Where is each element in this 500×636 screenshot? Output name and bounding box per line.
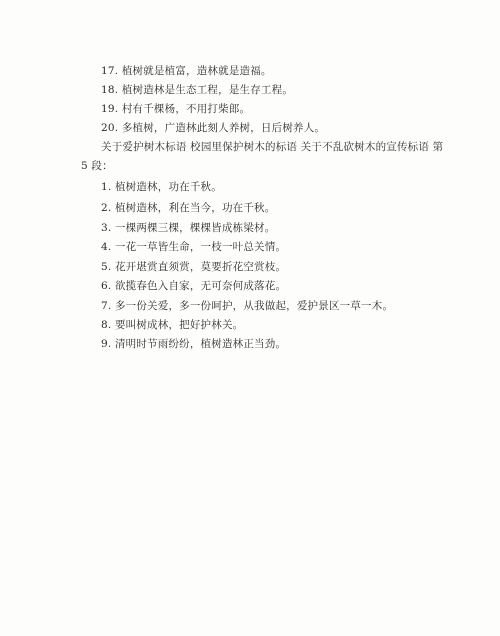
slogan-17: 17. 植树就是植富，造林就是造福。 <box>101 64 272 78</box>
slogan-19: 19. 村有千棵杨，不用打柴郎。 <box>101 102 250 116</box>
slogan-9: 9. 清明时节雨纷纷，植树造林正当劲。 <box>101 337 286 351</box>
slogan-3: 3. 一棵两棵三棵，棵棵皆成栋梁材。 <box>101 221 275 235</box>
slogan-6: 6. 欲揽春色入自家，无可奈何成落花。 <box>101 279 286 293</box>
slogan-2: 2. 植树造林，利在当今，功在千秋。 <box>101 201 275 215</box>
slogan-4: 4. 一花一草皆生命，一枝一叶总关情。 <box>101 240 286 254</box>
section-intro: 关于爱护树木标语 校园里保护树木的标语 关于不乱砍树木的宣传标语 第 <box>101 140 443 154</box>
slogan-5: 5. 花开堪赏直须赏，莫要折花空赏枝。 <box>101 260 286 274</box>
section-intro-continued: 5 段： <box>81 159 113 173</box>
slogan-20: 20. 多植树，广造林此刻人养树，日后树养人。 <box>101 121 325 135</box>
slogan-1: 1. 植树造林，功在千秋。 <box>101 180 222 194</box>
slogan-8: 8. 要叫树成林，把好护林关。 <box>101 318 243 332</box>
slogan-7: 7. 多一份关爱，多一份呵护，从我做起，爱护景区一草一木。 <box>101 299 393 313</box>
document-page: 17. 植树就是植富，造林就是造福。 18. 植树造林是生态工程，是生存工程。 … <box>0 0 500 636</box>
slogan-18: 18. 植树造林是生态工程，是生存工程。 <box>101 83 293 97</box>
